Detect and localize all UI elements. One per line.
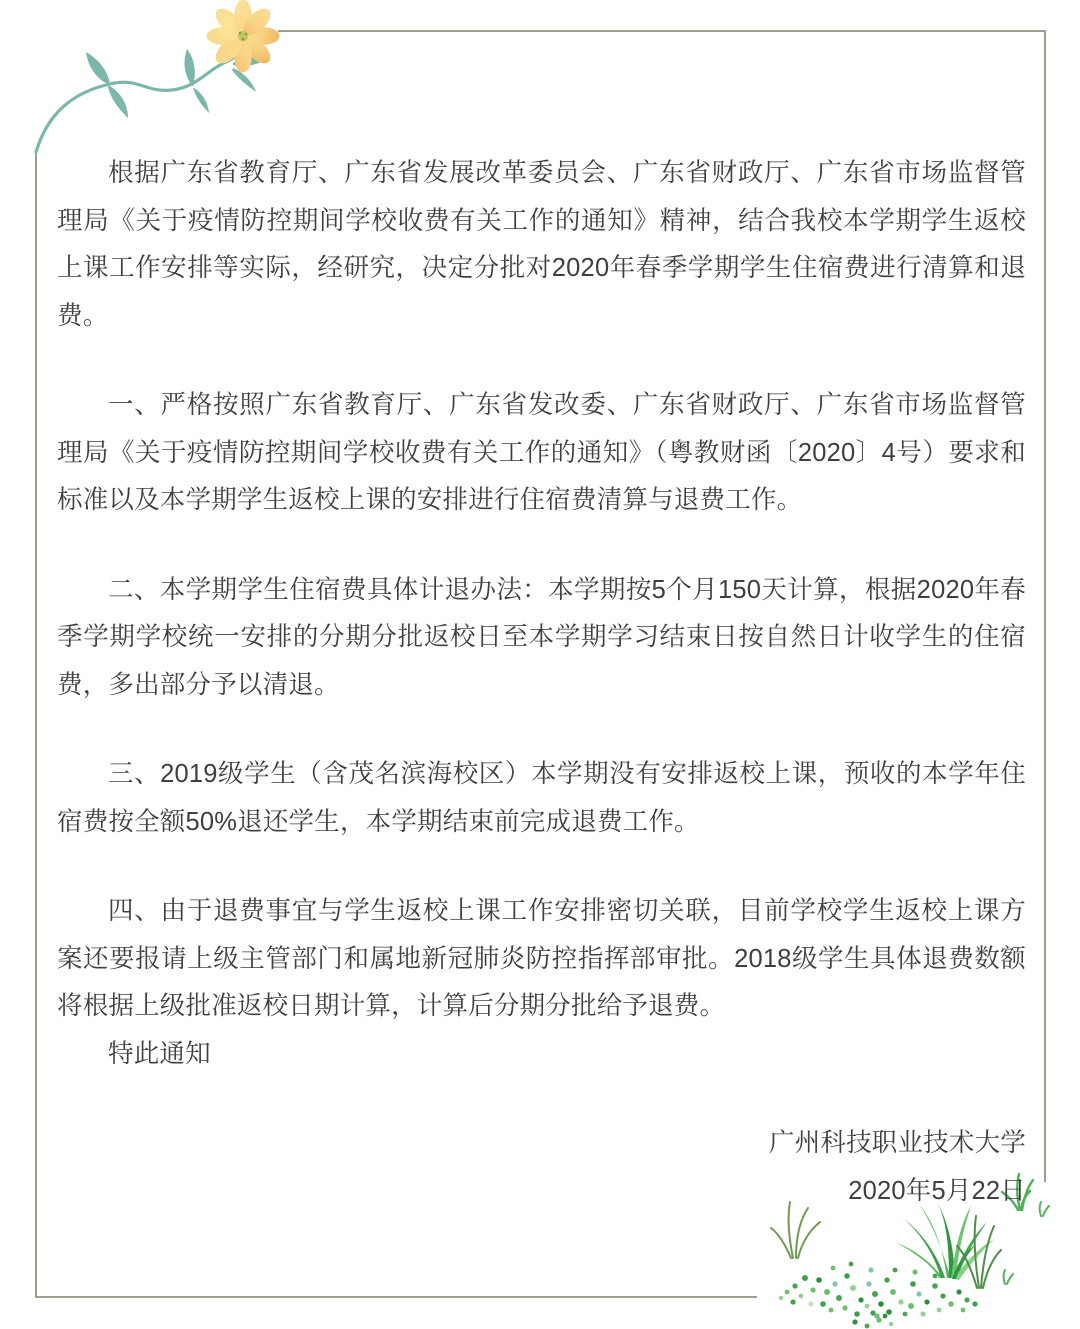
frame-border-right: [1044, 30, 1046, 1182]
notice-paragraph-item1: 一、严格按照广东省教育厅、广东省发改委、广东省财政厅、广东省市场监督管理局《关于…: [57, 382, 1026, 525]
frame-border-top: [278, 30, 1045, 32]
notice-paragraph-intro: 根据广东省教育厅、广东省发展改革委员会、广东省财政厅、广东省市场监督管理局《关于…: [57, 150, 1026, 340]
flower-icon: [207, 0, 280, 73]
frame-border-left: [35, 152, 37, 1298]
notice-paragraph-item4: 四、由于退费事宜与学生返校上课工作安排密切关联，目前学校学生返校上课方案还要报请…: [57, 888, 1026, 1031]
signature-organization: 广州科技职业技术大学: [57, 1120, 1026, 1168]
notice-paragraph-item3: 三、2019级学生（含茂名滨海校区）本学期没有安排返校上课，预收的本学年住宿费按…: [57, 751, 1026, 846]
notice-closing: 特此通知: [57, 1031, 1026, 1079]
signature-date: 2020年5月22日: [57, 1168, 1026, 1216]
notice-body: 根据广东省教育厅、广东省发展改革委员会、广东省财政厅、广东省市场监督管理局《关于…: [57, 150, 1026, 1215]
notice-paragraph-item2: 二、本学期学生住宿费具体计退办法：本学期按5个月150天计算，根据2020年春季…: [57, 567, 1026, 710]
vine-stem-icon: [36, 42, 242, 152]
signature-block: 广州科技职业技术大学 2020年5月22日: [57, 1120, 1026, 1215]
frame-border-bottom: [35, 1296, 757, 1298]
